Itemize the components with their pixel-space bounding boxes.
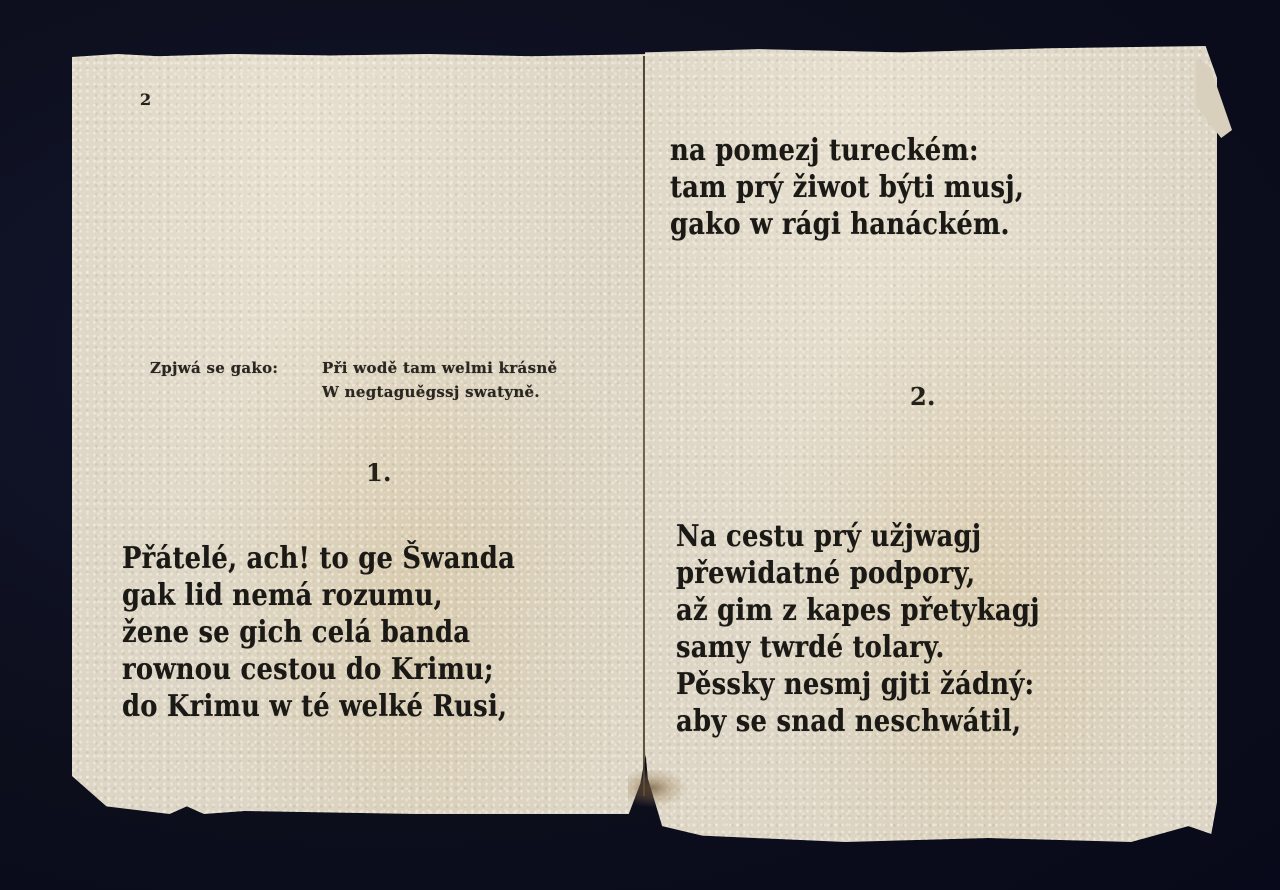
verse-2-line: Na cestu prý užjwagj: [676, 518, 1040, 555]
verse-1-line: rownou cestou do Krimu;: [122, 651, 515, 688]
verse-1: Přátelé, ach! to ge Šwanda gak lid nemá …: [122, 540, 579, 725]
page-number: 2: [140, 90, 151, 109]
melody-label: Zpjwá se gako:: [150, 356, 322, 380]
melody-note: Zpjwá se gako:Při wodě tam welmi krásně …: [150, 356, 557, 404]
verse-2-line: přewidatné podpory,: [676, 555, 1040, 592]
verse-1-line: Přátelé, ach! to ge Šwanda: [122, 540, 515, 577]
verse-2-line: až gim z kapes přetykagj: [676, 592, 1040, 629]
verse-2: Na cestu prý užjwagj přewidatné podpory,…: [676, 518, 1099, 740]
melody-line-1: Při wodě tam welmi krásně: [322, 359, 557, 377]
verse-2-line: aby se snad neschwátil,: [676, 703, 1040, 740]
continued-lines: na pomezj tureckém: tam prý žiwot býti m…: [670, 132, 1082, 243]
verse-2-line: Pěssky nesmj gjti žádný:: [676, 666, 1040, 703]
center-fold: [643, 56, 645, 796]
continued-line: gako w rági hanáckém.: [670, 206, 1024, 243]
verse-1-line: do Krimu w té welké Rusi,: [122, 688, 515, 725]
verse-1-line: žene se gich celá banda: [122, 614, 515, 651]
continued-line: na pomezj tureckém:: [670, 132, 1024, 169]
melody-line-2: W negtaguěgssj swatyně.: [150, 380, 557, 404]
fold-damage-stain: [628, 768, 688, 808]
verse-number-1: 1.: [366, 458, 392, 487]
verse-2-line: samy twrdé tolary.: [676, 629, 1040, 666]
verse-1-line: gak lid nemá rozumu,: [122, 577, 515, 614]
verse-number-2: 2.: [910, 382, 936, 411]
continued-line: tam prý žiwot býti musj,: [670, 169, 1024, 206]
